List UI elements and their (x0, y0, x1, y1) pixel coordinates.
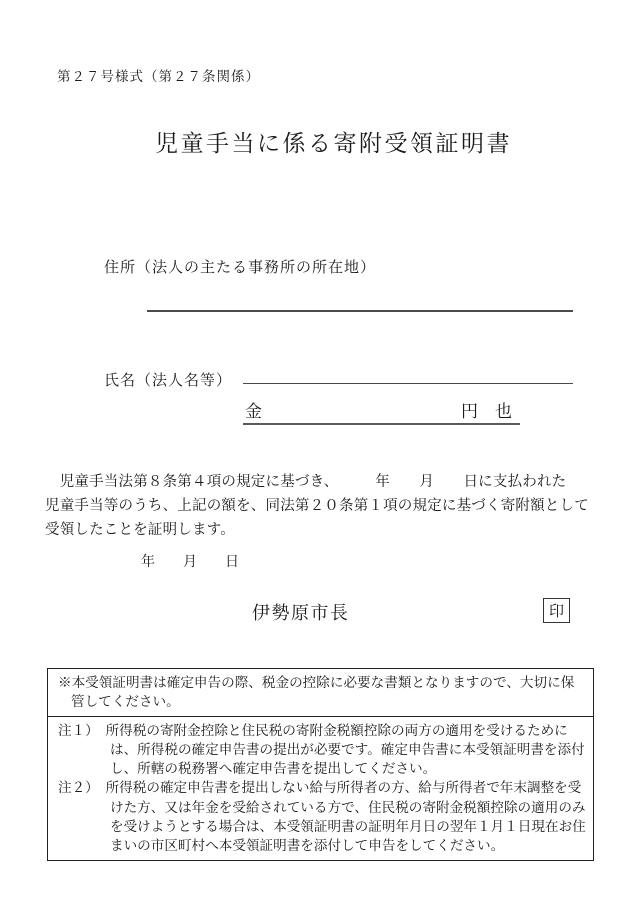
issue-date-line: 年 月 日 (141, 551, 239, 571)
page-title: 児童手当に係る寄附受領証明書 (155, 125, 512, 158)
numbered-notes-section: 注１） 所得税の寄附金控除と住民税の寄附金税額控除の両方の適用を受けるために は… (48, 717, 593, 860)
name-fill-line (243, 383, 573, 384)
seal-label: 印 (549, 600, 564, 621)
amount-row: 金 円 也 (243, 401, 520, 425)
note2-line: けた方、又は年金を受給されている方で、住民税の寄附金税額控除の適用のみ (110, 798, 585, 817)
paragraph-line: 児童手当等のうち、上記の額を、同法第２０条第１項の規定に基づく寄附額として (45, 494, 585, 518)
important-note-line: ※本受領証明書は確定申告の際、税金の控除に必要な書類となりますので、大切に保 (58, 673, 585, 692)
amount-suffix-yen-nari: 円 也 (461, 397, 512, 422)
note2-line: 注２） 所得税の確定申告書を提出しない給与所得者の方、給与所得者で年末調整を受 (58, 778, 585, 797)
mayor-signature: 伊勢原市長 (252, 599, 350, 625)
note2-line: を受けようとする場合は、本受領証明書の証明年月日の翌年１月１日現在お住 (110, 817, 585, 836)
note1-line: し、所轄の税務署へ確定申告書を提出してください。 (110, 759, 585, 778)
address-fill-line (147, 310, 573, 312)
note1-line: 注１） 所得税の寄附金控除と住民税の寄附金税額控除の両方の適用を受けるために (58, 721, 585, 740)
important-note-section: ※本受領証明書は確定申告の際、税金の控除に必要な書類となりますので、大切に保 管… (48, 669, 593, 717)
paragraph-line: 受領したことを証明します。 (45, 518, 585, 542)
amount-prefix-yen-kanji: 金 (245, 397, 262, 422)
paragraph-line: 児童手当法第８条第４項の規定に基づき、 年 月 日に支払われた (45, 470, 585, 494)
form-number: 第２７号様式（第２７条関係） (57, 65, 260, 85)
address-label: 住所（法人の主たる事務所の所在地） (104, 256, 376, 277)
note1-line: は、所得税の確定申告書の提出が必要です。確定申告書に本受領証明書を添付 (110, 740, 585, 759)
name-label: 氏名（法人名等） (104, 369, 232, 390)
notes-box: ※本受領証明書は確定申告の際、税金の控除に必要な書類となりますので、大切に保 管… (47, 668, 594, 861)
certification-paragraph: 児童手当法第８条第４項の規定に基づき、 年 月 日に支払われた 児童手当等のうち… (45, 470, 585, 542)
document-page: { "form": { "form_number": "第２７号様式（第２７条関… (0, 0, 630, 903)
important-note-line: 管してください。 (71, 692, 585, 711)
seal-box: 印 (543, 598, 570, 623)
note2-line: まいの市区町村へ本受領証明書を添付して申告をしてください。 (110, 836, 585, 855)
